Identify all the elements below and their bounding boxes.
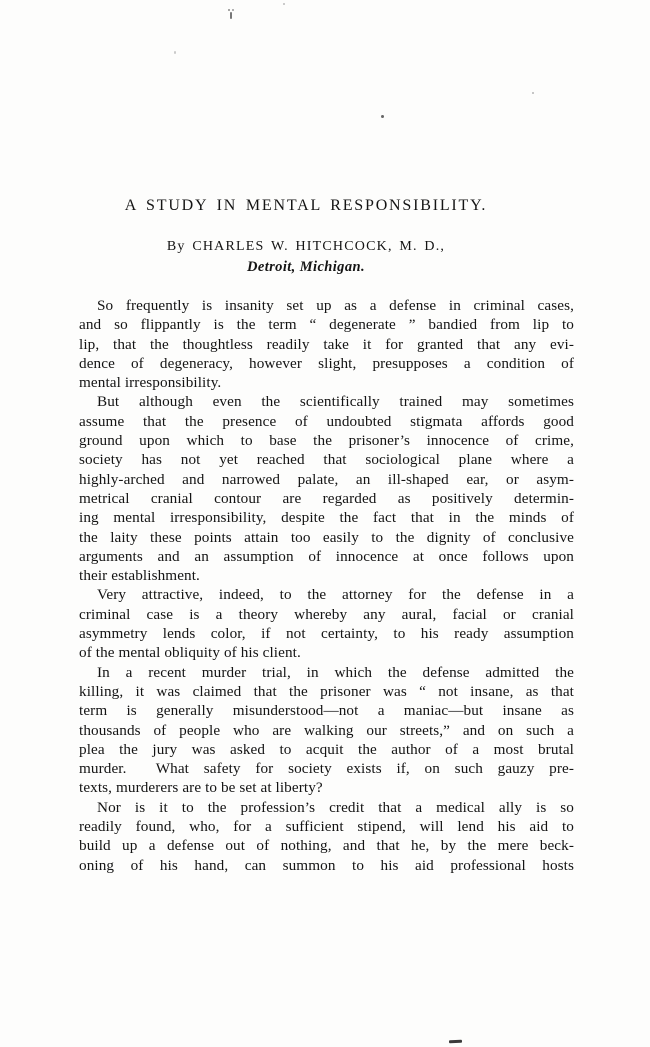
text-line: term is generally misunderstood—not a ma…: [79, 701, 574, 720]
text-line: criminal case is a theory whereby any au…: [79, 605, 574, 624]
scan-speck: [174, 51, 176, 54]
author-location: Detroit, Michigan.: [58, 259, 554, 276]
text-line: dence of degeneracy, however slight, pre…: [79, 354, 574, 373]
text-line: But although even the scientifically tra…: [79, 392, 574, 411]
text-line: readily found, who, for a sufficient sti…: [79, 817, 574, 836]
scanned-page: A STUDY IN MENTAL RESPONSIBILITY. By CHA…: [0, 0, 650, 1047]
text-line: ground upon which to base the prisoner’s…: [79, 431, 574, 450]
scan-speck: [381, 115, 384, 118]
text-line: lip, that the thoughtless readily take i…: [79, 335, 574, 354]
text-line: In a recent murder trial, in which the d…: [79, 663, 574, 682]
text-line: texts, murderers are to be set at libert…: [79, 778, 574, 797]
text-line: society has not yet reached that sociolo…: [79, 450, 574, 469]
article-body: So frequently is insanity set up as a de…: [79, 296, 574, 875]
text-line: asymmetry lends color, if not certainty,…: [79, 624, 574, 643]
text-line: killing, it was claimed that the prisone…: [79, 682, 574, 701]
text-line: Nor is it to the profession’s credit tha…: [79, 798, 574, 817]
text-line: murder. What safety for society exists i…: [79, 759, 574, 778]
text-line: assume that the presence of undoubted st…: [79, 412, 574, 431]
text-line: highly-arched and narrowed palate, an il…: [79, 470, 574, 489]
text-line: of the mental obliquity of his client.: [79, 643, 574, 662]
text-line: So frequently is insanity set up as a de…: [79, 296, 574, 315]
text-line: thousands of people who are walking our …: [79, 721, 574, 740]
text-line: build up a defense out of nothing, and t…: [79, 836, 574, 855]
scan-dash: [449, 1040, 462, 1043]
text-line: ing mental irresponsibility, despite the…: [79, 508, 574, 527]
scan-speck: [532, 92, 534, 94]
text-line: arguments and an assumption of innocence…: [79, 547, 574, 566]
scan-speck: [283, 3, 285, 5]
article-title: A STUDY IN MENTAL RESPONSIBILITY.: [58, 197, 554, 215]
scan-speck: [228, 9, 230, 11]
author-byline: By CHARLES W. HITCHCOCK, M. D.,: [58, 239, 554, 255]
text-line: oning of his hand, can summon to his aid…: [79, 856, 574, 875]
text-line: mental irresponsibility.: [79, 373, 574, 392]
text-line: the laity these points attain too easily…: [79, 528, 574, 547]
text-line: and so flippantly is the term “ degenera…: [79, 315, 574, 334]
scan-mark: [230, 12, 232, 19]
scan-speck: [232, 9, 234, 11]
text-line: Very attractive, indeed, to the attorney…: [79, 585, 574, 604]
text-line: metrical cranial contour are regarded as…: [79, 489, 574, 508]
text-line: plea the jury was asked to acquit the au…: [79, 740, 574, 759]
text-line: their establishment.: [79, 566, 574, 585]
